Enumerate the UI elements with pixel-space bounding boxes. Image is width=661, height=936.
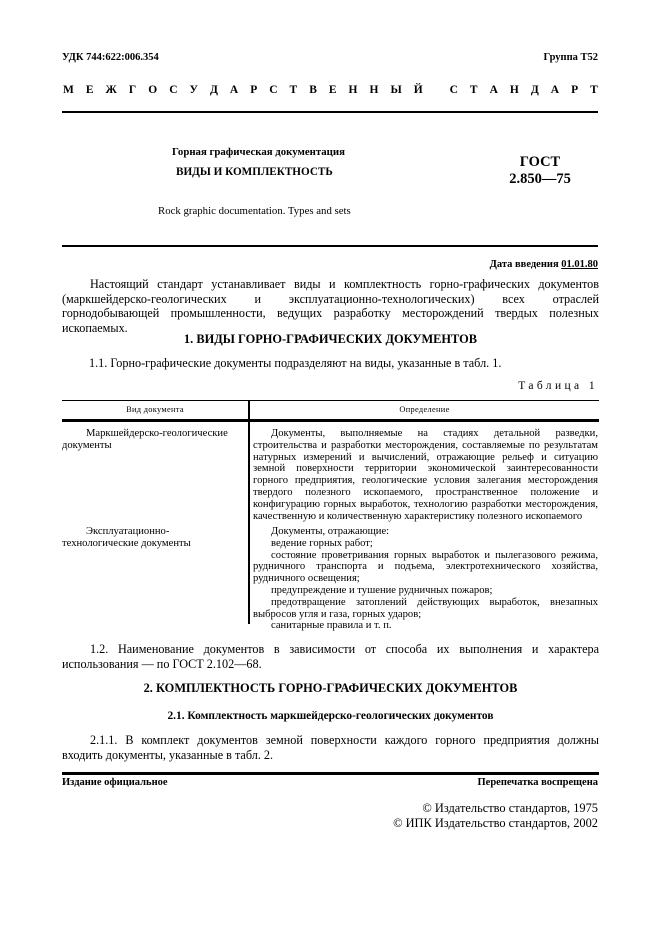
banner-letter: Т xyxy=(470,84,478,96)
english-title: Rock graphic documentation. Types and se… xyxy=(158,205,351,217)
banner-letter: А xyxy=(230,84,238,96)
banner-letter: С xyxy=(269,84,277,96)
paragraph-2-1-1: 2.1.1. В комплект документов земной пове… xyxy=(62,733,599,762)
banner-letter: С xyxy=(169,84,177,96)
definition-line: предупреждение и тушение рудничных пожар… xyxy=(253,585,598,597)
banner-letter: Ы xyxy=(390,84,401,96)
banner-letter: Г xyxy=(129,84,136,96)
banner-letter: Й xyxy=(414,84,423,96)
banner-letter: Н xyxy=(510,84,519,96)
banner-letter: С xyxy=(450,84,458,96)
table-1-caption: Таблица 1 xyxy=(518,380,598,392)
group-code: Группа Т52 xyxy=(544,52,598,63)
table-column-header-definition: Определение xyxy=(250,405,599,414)
section-2-heading: 2. КОМПЛЕКТНОСТЬ ГОРНО-ГРАФИЧЕСКИХ ДОКУМ… xyxy=(62,681,599,696)
banner-letter: Е xyxy=(329,84,337,96)
banner-letter: А xyxy=(490,84,498,96)
table-header-rule xyxy=(62,419,599,422)
banner-letter: Ж xyxy=(106,84,117,96)
banner-letter: А xyxy=(551,84,559,96)
banner-letter: М xyxy=(63,84,74,96)
intro-paragraph: Настоящий стандарт устанавливает виды и … xyxy=(62,277,599,335)
banner-letter: Т xyxy=(290,84,298,96)
banner-letter: Д xyxy=(531,84,539,96)
header-rule xyxy=(62,111,598,113)
copyright-2002: © ИПК Издательство стандартов, 2002 xyxy=(393,816,598,831)
table-row-1-type: Маркшейдерско-геологические документы xyxy=(62,428,244,452)
table-row-1-definition: Документы, выполняемые на стадиях деталь… xyxy=(253,428,598,522)
table-top-rule xyxy=(62,400,599,401)
banner-letter: Р xyxy=(571,84,578,96)
introduction-date: Дата введения 01.01.80 xyxy=(490,259,598,270)
banner-letter: Н xyxy=(349,84,358,96)
paragraph-1-1: 1.1. Горно-графические документы подразд… xyxy=(89,356,501,371)
udc-code: УДК 744:622:006.354 xyxy=(62,52,159,63)
copyright-1975: © Издательство стандартов, 1975 xyxy=(422,801,598,816)
introduction-date-value: 01.01.80 xyxy=(561,259,598,270)
banner-letter: Д xyxy=(210,84,218,96)
table-column-header-type: Вид документа xyxy=(62,405,248,414)
definition-line: предотвращение затоплений действующих вы… xyxy=(253,597,598,621)
definition-line: состояние проветривания горных выработок… xyxy=(253,550,598,585)
table-row-2-definition: Документы, отражающие: ведение горных ра… xyxy=(253,526,598,632)
definition-line: санитарные правила и т. п. xyxy=(253,620,598,632)
document-title: ВИДЫ И КОМПЛЕКТНОСТЬ xyxy=(176,166,333,178)
banner-letter: Р xyxy=(250,84,257,96)
footer-rule xyxy=(62,772,599,775)
official-edition-label: Издание официальное xyxy=(62,777,168,788)
banner-letter: Н xyxy=(370,84,379,96)
section-2-1-subheading: 2.1. Комплектность маркшейдерско-геологи… xyxy=(62,710,599,722)
definition-line: Документы, отражающие: xyxy=(253,526,598,538)
introduction-date-label: Дата введения xyxy=(490,259,559,270)
banner-letter: О xyxy=(148,84,157,96)
reprint-prohibited-label: Перепечатка воспрещена xyxy=(478,777,598,788)
gost-label: ГОСТ xyxy=(490,154,590,171)
table-row-2-type: Эксплуатационно-технологические документ… xyxy=(62,526,244,550)
banner-letter: У xyxy=(190,84,198,96)
banner-letter: В xyxy=(309,84,317,96)
document-subject: Горная графическая документация xyxy=(172,146,345,158)
banner-letter xyxy=(435,84,438,96)
interstate-standard-banner: МЕЖГОСУДАРСТВЕННЫЙ СТАНДАРТ xyxy=(63,84,598,96)
table-column-divider xyxy=(248,422,250,624)
banner-letter: Е xyxy=(86,84,94,96)
banner-letter: Т xyxy=(590,84,598,96)
paragraph-1-2: 1.2. Наименование документов в зависимос… xyxy=(62,642,599,671)
definition-line: ведение горных работ; xyxy=(253,538,598,550)
gost-number: 2.850—75 xyxy=(490,171,590,188)
title-rule xyxy=(62,245,598,247)
section-1-heading: 1. ВИДЫ ГОРНО-ГРАФИЧЕСКИХ ДОКУМЕНТОВ xyxy=(62,332,599,347)
